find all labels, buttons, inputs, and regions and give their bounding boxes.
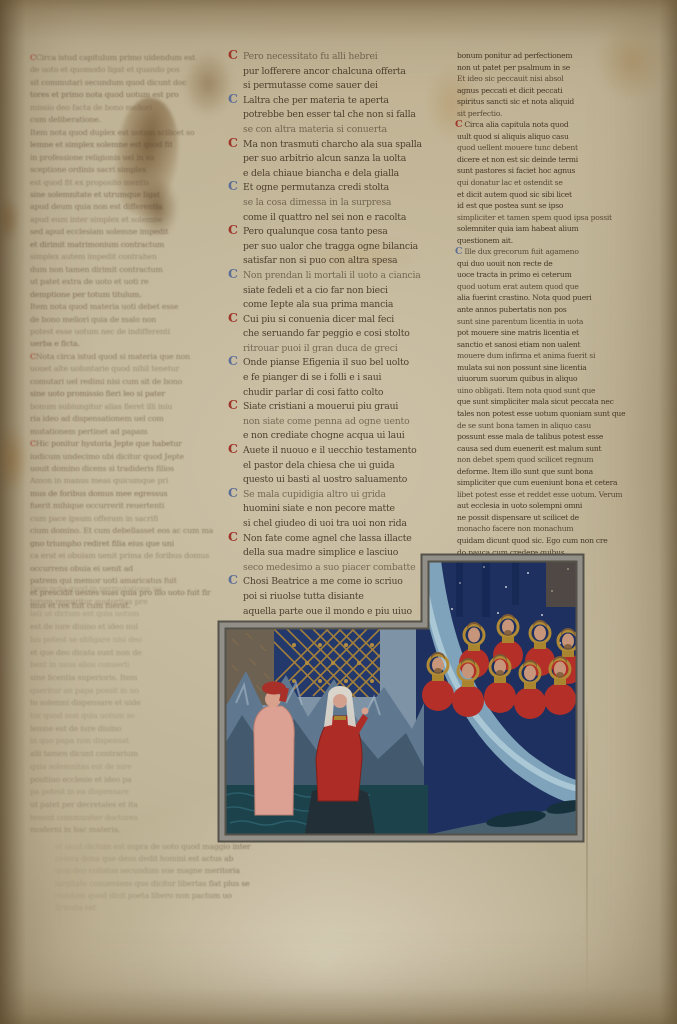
commentary-text: quod uellent mouere tunc debent [457, 143, 578, 152]
commentary-text: qui duo uouit non recte de [457, 259, 553, 268]
commentary-text: lemne et simplex solemne est quod fit [30, 140, 173, 149]
commentary-text: deforme. Item illo sunt que sunt bona [457, 467, 593, 476]
commentary-text: quia solemnitas est de iure [30, 762, 131, 771]
commentary-text: aut ecclesia in uoto solempni omni [457, 501, 582, 510]
commentary-line: quod uotum erat autem quod que [455, 281, 643, 293]
commentary-text: mouere dum infirma et anima fuerit si [457, 351, 595, 360]
commentary-line: uouit domino dicens si tradideris filios [30, 463, 218, 475]
commentary-text: positiuo ecclesie et ideo pa [30, 775, 132, 784]
commentary-line: ante annos pubertatis non pos [455, 304, 643, 316]
commentary-text: quod uotum erat autem quod que [457, 282, 579, 291]
commentary-text: cum pace ipsum offeram in sacrifi [30, 514, 158, 523]
commentary-text: simplex autem impedit contrahen [30, 252, 157, 261]
commentary-text: de se sunt bona tamen in aliquo casu [457, 421, 591, 430]
verse-line: si permutasse come sauer dei [230, 79, 450, 94]
verse-line: chudir parlar di cosi fatto colto [230, 386, 450, 401]
verse-line: huomini siate e non pecore matte [230, 502, 450, 517]
verse-line: CAuete il nuouo e il uecchio testamento [230, 444, 450, 459]
verse-line: CMa non trasmuti charcho ala sua spalla [230, 138, 450, 153]
commentary-line: torum requiritur auctoritas pre [30, 596, 218, 609]
commentary-text: sine licentia superioris. Item [30, 673, 137, 682]
commentary-line: alia fuerint crastino. Nota quod pueri [455, 292, 643, 304]
commentary-line: deforme. Item illo sunt que sunt bona [455, 466, 643, 478]
commentary-text: torum requiritur auctoritas pre [30, 597, 147, 606]
commentary-text: id est que postea sunt se ipso [457, 201, 563, 210]
parchment-crease [586, 700, 588, 1000]
verse-text: si permutasse come sauer dei [243, 80, 378, 91]
commentary-text: cundum quod dicit poeta libero non pactu… [55, 891, 232, 900]
verse-text: Cui piu si conuenia dicer mal feci [243, 314, 394, 325]
verse-line: CNon fate come agnel che lassa illacte [230, 532, 450, 547]
capitulum-mark: C [228, 223, 238, 238]
commentary-text: et sicut dictum est supra de uoto quod m… [55, 842, 250, 851]
verse-line: e dela chiaue biancha e dela gialla [230, 167, 450, 182]
commentary-text: uino obligati. Item nota quod sunt que [457, 386, 595, 395]
commentary-line: est de iure diuino et ideo nul [30, 621, 218, 634]
commentary-line: Et ideo sic peccauit nisi absol [455, 73, 643, 85]
commentary-line: aut ecclesia in uoto solempni omni [455, 500, 643, 512]
commentary-text: sanctio et sanosi etiam non ualent [457, 340, 580, 349]
commentary-line: mulata sui non possunt sine licentia [455, 362, 643, 374]
commentary-text: sit commutari secundum quod dicunt doc [30, 78, 187, 87]
commentary-text: iudicum undecimo ubi dicitur quod Jepte [30, 452, 184, 461]
commentary-text: Amon in manus meas quicumque pri [30, 476, 168, 485]
commentary-text: tenent communiter doctores [30, 813, 137, 822]
commentary-text: moderni in hac materia. [30, 825, 120, 834]
verse-text: Ma non trasmuti charcho ala sua spalla [243, 139, 422, 150]
commentary-line: uerba e ficta. [30, 338, 218, 350]
commentary-text: est de iure diuino et ideo nul [30, 622, 138, 631]
commentary-text: que sunt simpliciter mala sicut peccata … [457, 397, 614, 406]
verse-text: se la cosa dimessa in la surpresa [243, 197, 391, 208]
commentary-text: lus potest se obligare nisi deo [30, 635, 142, 644]
commentary-line: lemne est de iure diuino [30, 723, 218, 736]
commentary-text: Hic ponitur hystoria Jepte que habetur [36, 439, 182, 448]
commentary-text: in professione religionis uel in su [30, 153, 154, 162]
commentary-text: uouit domino dicens si tradideris filios [30, 464, 174, 473]
commentary-line: causa sed dum euenerit est malum sunt [455, 443, 643, 455]
verse-text: che seruando far peggio e cosi stolto [243, 328, 410, 339]
commentary-text: bonum ponitur ad perfectionem [457, 51, 572, 60]
verse-line: che seruando far peggio e cosi stolto [230, 327, 450, 342]
verse-line: se la cosa dimessa in la surpresa [230, 196, 450, 211]
verse-line: come il quattro nel sei non e racolta [230, 211, 450, 226]
verse-text: ritrouar puoi il gran duca de greci [243, 343, 398, 354]
verse-text: e fe pianger di se i folli e i saui [243, 372, 381, 383]
commentary-text: Item nota quod materia uoti debet esse [30, 302, 178, 311]
verse-text: chudir parlar di cosi fatto colto [243, 387, 383, 398]
commentary-line: libet potest esse et reddet esse uotum. … [455, 489, 643, 501]
commentary-line: est quod fit ex proposito mentis [30, 177, 218, 189]
commentary-line: solemniter quia iam habeat alium [455, 223, 643, 235]
commentary-text: uerba e ficta. [30, 339, 80, 348]
commentary-line: positiuo ecclesie et ideo pa [30, 774, 218, 787]
commentary-line: Item nota quod materia uoti debet esse [30, 301, 218, 313]
commentary-line: dicere et non est sic deinde termi [455, 154, 643, 166]
verse-line: per suo arbitrio alcun sanza la uolta [230, 152, 450, 167]
commentary-text: mulata sui non possunt sine licentia [457, 363, 587, 372]
commentary-line: possunt esse mala de talibus potest esse [455, 431, 643, 443]
commentary-text: mutationem pertinet ad papam [30, 427, 147, 436]
commentary-text: cium domino. Et cum debellasset eos ac c… [30, 526, 213, 535]
verse-text: potrebbe ben esser tal che non si falla [243, 109, 416, 120]
commentary-text: est quod fit ex proposito mentis [30, 178, 149, 187]
commentary-text: queritur an papa possit in uo [30, 686, 139, 695]
commentary-line: in professione religionis uel in su [30, 152, 218, 164]
commentary-text: qui donatur lac et ostendit se [457, 178, 563, 187]
commentary-text: simpliciter et tamen spem quod ipsa poss… [457, 213, 612, 222]
commentary-line: que sunt simpliciter mala sicut peccata … [455, 396, 643, 408]
commentary-text: non ut patet per psalmum in se [457, 63, 570, 72]
capitulum-mark: C [228, 267, 238, 282]
commentary-line: Item nota quod in permutatione uo [30, 583, 218, 596]
verse-line: CNon prendan li mortali il uoto a cianci… [230, 269, 450, 284]
commentary-line: CHic ponitur hystoria Jepte que habetur [30, 438, 218, 450]
commentary-line: apud eum inter simplex et solemne [30, 214, 218, 226]
commentary-line: moderni in hac materia. [30, 824, 218, 837]
commentary-line: quia solemnitas est de iure [30, 761, 218, 774]
beatrice-face [333, 694, 347, 708]
commentary-line: et dirimit matrimonium contractum [30, 239, 218, 251]
commentary-text: Circa alia capitula nota quod [464, 120, 568, 129]
left-commentary-lower-column: Item nota quod in permutatione uotorum r… [30, 583, 218, 837]
commentary-line: lus potest se obligare nisi deo [30, 634, 218, 647]
commentary-text: de bono meliori quia de malo non [30, 315, 156, 324]
commentary-line: id est que postea sunt se ipso [455, 200, 643, 212]
commentary-text: monacho facere non monachum [457, 524, 573, 533]
parchment-stain [0, 196, 20, 242]
commentary-line: simpliciter et tamen spem quod ipsa poss… [455, 212, 643, 224]
commentary-line: non debet spem quod scilicet regnum [455, 454, 643, 466]
commentary-line: agnus peccati et dicit peccati [455, 85, 643, 97]
verse-line: non siate come penna ad ogne uento [230, 415, 450, 430]
commentary-line: ca erat ei obuiam uenit prima de foribus… [30, 550, 218, 562]
commentary-line: apud deum quia non est differentia [30, 201, 218, 213]
commentary-text: pot mouere sine matris licentia et [457, 328, 579, 337]
commentary-text: uult quod si aliquis aliquo casu [457, 132, 569, 141]
verse-text: pur lofferere ancor chalcuna offerta [243, 66, 406, 77]
commentary-text: comutari uel redimi nisi cum sit de bono [30, 377, 182, 386]
commentary-line: sit commutari secundum quod dicunt doc [30, 77, 218, 89]
commentary-line: Item nota quod duplex est uotum scilicet… [30, 127, 218, 139]
commentary-line: CCirca istud capitulum primo uidendum es… [30, 52, 218, 64]
manuscript-page: CCirca istud capitulum primo uidendum es… [0, 0, 677, 1024]
commentary-text: sine uoto promissio fieri leo si pater [30, 389, 165, 398]
left-commentary-column: CCirca istud capitulum primo uidendum es… [30, 52, 218, 612]
commentary-line: sunt sine parentum licentia in uota [455, 316, 643, 328]
verse-text: siate fedeli et a cio far non bieci [243, 285, 388, 296]
commentary-line: bonum subiungitur alias fieret illi iniu [30, 401, 218, 413]
verse-line: come Iepte ala sua prima mancia [230, 298, 450, 313]
commentary-line: cundum quod dicit poeta libero non pactu… [55, 890, 381, 902]
verse-text: Onde pianse Efigenia il suo bel uolto [243, 357, 409, 368]
commentary-text: Ille dux grecorum fuit agameno [464, 247, 578, 256]
commentary-line: ut patet extra de uoto et uoti re [30, 276, 218, 288]
capitulum-mark: C [228, 442, 238, 457]
verse-text: Laltra che per materia te aperta [243, 95, 389, 106]
verse-line: siate fedeli et a cio far non bieci [230, 284, 450, 299]
commentary-line: pa potest in ea dispensare [30, 786, 218, 799]
verse-line: CSiate cristiani a mouerui piu graui [230, 400, 450, 415]
verse-line: e non crediate chogne acqua ui laui [230, 429, 450, 444]
verse-text: Se mala cupidigia altro ui grida [243, 489, 386, 500]
commentary-line: comutari uel redimi nisi cum sit de bono [30, 376, 218, 388]
commentary-line: dum non tamen dirimit contractum [30, 264, 218, 276]
commentary-text: tales non potest esse uotum quoniam sunt… [457, 409, 625, 418]
verse-text: si chel giudeo di uoi tra uoi non rida [243, 518, 407, 529]
commentary-text: quidam dicunt quod sic. Ego cum non cre [457, 536, 608, 545]
commentary-text: Et ideo sic peccauit nisi absol [457, 74, 564, 83]
bottom-commentary-block: et sicut dictum est supra de uoto quod m… [55, 841, 381, 914]
commentary-text: gno triumpho rediret filia eius que uni [30, 539, 174, 548]
commentary-text: sed apud ecclesiam solemne impedit [30, 227, 168, 236]
capitulum-mark: C [228, 486, 238, 501]
commentary-line: sine solemnitate et utrumque ligat [30, 189, 218, 201]
commentary-line: pot mouere sine matris licentia et [455, 327, 643, 339]
commentary-line: tenent communiter doctores [30, 812, 218, 825]
commentary-line: et dicit autem quod sic sibi licet [455, 189, 643, 201]
commentary-text: et dicit autem quod sic sibi licet [457, 190, 572, 199]
verse-text: Et ogne permutanza credi stolta [243, 182, 389, 193]
commentary-text: lati ut dictum est quia uotum [30, 609, 139, 618]
commentary-text: demptione per totum titulum. [30, 290, 142, 299]
commentary-text: apud deum quia non est differentia [30, 202, 162, 211]
commentary-line: qui donatur lac et ostendit se [455, 177, 643, 189]
commentary-line: tales non potest esse uotum quoniam sunt… [455, 408, 643, 420]
commentary-text: ne possit dispensare ut scilicet de [457, 513, 579, 522]
verse-line: CPero qualunque cosa tanto pesa [230, 225, 450, 240]
commentary-line: fuerit mihique occurrerit reuertenti [30, 500, 218, 512]
verse-text: per suo arbitrio alcun sanza la uolta [243, 153, 406, 164]
commentary-line: sanctio et sanosi etiam non ualent [455, 339, 643, 351]
commentary-line: largitate conueniens que dicitur liberta… [55, 878, 381, 890]
commentary-line: uino obligati. Item nota quod sunt que [455, 385, 643, 397]
commentary-text: ria ideo ad dispensationem uel com [30, 414, 164, 423]
verse-text: come Iepte ala sua prima mancia [243, 299, 393, 310]
commentary-line: to solemni dispensare et uide [30, 697, 218, 710]
commentary-text: apud eum inter simplex et solemne [30, 215, 162, 224]
commentary-line: ut patet per decretales et ita [30, 799, 218, 812]
commentary-text: missio deo facta de bono meliori [30, 103, 152, 112]
commentary-line: cium domino. Et cum debellasset eos ac c… [30, 525, 218, 537]
commentary-text: Item nota quod in permutatione uo [30, 584, 162, 593]
verse-text: Siate cristiani a mouerui piu graui [243, 401, 398, 412]
commentary-line: sine licentia superioris. Item [30, 672, 218, 685]
parchment-stain [0, 424, 28, 494]
commentary-line: de uoto et quomodo ligat et quando pos [30, 64, 218, 76]
verse-line: CCui piu si conuenia dicer mal feci [230, 313, 450, 328]
commentary-text: cetera dona que deus dedit homini est ac… [55, 854, 233, 863]
commentary-text: occurrens obuia ei uenit ad [30, 564, 133, 573]
commentary-line: iudicum undecimo ubi dicitur quod Jepte [30, 451, 218, 463]
verse-text: el pastor dela chiesa che ui guida [243, 460, 394, 471]
commentary-text: dicere et non est sic deinde termi [457, 155, 578, 164]
commentary-text: agnus peccati et dicit peccati [457, 86, 563, 95]
commentary-text: firmata est [55, 903, 96, 912]
commentary-text: questionem ait. [457, 236, 513, 245]
commentary-line: CNota circa istud quod si materia que no… [30, 351, 218, 363]
commentary-text: et dirimit matrimonium contractum [30, 240, 164, 249]
commentary-line: quidam dicunt quod sic. Ego cum non cre [455, 535, 643, 547]
commentary-text: sunt sine parentum licentia in uota [457, 317, 583, 326]
verse-text: Pero qualunque cosa tanto pesa [243, 226, 388, 237]
commentary-text: bent in usus alios conuerti [30, 660, 129, 669]
commentary-text: possunt esse mala de talibus potest esse [457, 432, 603, 441]
commentary-text: ut patet per decretales et ita [30, 800, 138, 809]
verse-text: huomini siate e non pecore matte [243, 503, 395, 514]
commentary-line: quod uellent mouere tunc debent [455, 142, 643, 154]
commentary-line: uiuorum suorum quibus in aliquo [455, 373, 643, 385]
commentary-text: potest esse uotum nec de indifferenti [30, 327, 170, 336]
commentary-line: gno triumpho rediret filia eius que uni [30, 538, 218, 550]
commentary-text: uouet alte uoluntarie quod nihil tenetur [30, 364, 179, 373]
commentary-line: missio deo facta de bono meliori [30, 102, 218, 114]
commentary-line: CIlle dux grecorum fuit agameno [455, 246, 643, 258]
capitulum-mark: C [455, 119, 462, 130]
commentary-text: libet potest esse et reddet esse uotum. … [457, 490, 622, 499]
commentary-line: alii tamen dicunt contrarium [30, 748, 218, 761]
commentary-line: lati ut dictum est quia uotum [30, 608, 218, 621]
commentary-text: cum deliberatione. [30, 115, 101, 124]
commentary-line: mouere dum infirma et anima fuerit si [455, 350, 643, 362]
capitulum-mark: C [228, 179, 238, 194]
commentary-text: Nota circa istud quod si materia que non [36, 352, 190, 361]
commentary-line: tores et primo nota quod uotum est pro [30, 89, 218, 101]
capitulum-mark: C [228, 92, 238, 107]
commentary-line: lemne et simplex solemne est quod fit [30, 139, 218, 151]
commentary-line: bonum ponitur ad perfectionem [455, 50, 643, 62]
beatrice-hand [362, 708, 369, 715]
dante-robe [254, 706, 294, 815]
verse-line: el pastor dela chiesa che ui guida [230, 459, 450, 474]
commentary-line: potest esse uotum nec de indifferenti [30, 326, 218, 338]
capitulum-mark: C [228, 530, 238, 545]
commentary-text: dum non tamen dirimit contractum [30, 265, 163, 274]
commentary-line: et que deo dicata sunt non de [30, 647, 218, 660]
commentary-text: tur quod non quia uotum so [30, 711, 135, 720]
commentary-text: ante annos pubertatis non pos [457, 305, 567, 314]
commentary-line: uult quod si aliquis aliquo casu [455, 131, 643, 143]
commentary-line: ne possit dispensare ut scilicet de [455, 512, 643, 524]
capitulum-mark: C [455, 246, 462, 257]
verse-line: pur lofferere ancor chalcuna offerta [230, 65, 450, 80]
verse-text: Auete il nuouo e il uecchio testamento [243, 445, 417, 456]
commentary-line: Amon in manus meas quicumque pri [30, 475, 218, 487]
commentary-text: Item nota quod duplex est uotum scilicet… [30, 128, 194, 137]
commentary-line: simplex autem impedit contrahen [30, 251, 218, 263]
commentary-text: uoce tracta in primo ei ceterum [457, 270, 572, 279]
commentary-line: sit perfectio. [455, 108, 643, 120]
verse-line: COnde pianse Efigenia il suo bel uolto [230, 356, 450, 371]
verse-text: questo ui basti al uostro saluamento [243, 474, 407, 485]
commentary-line: in quo papa non dispensat [30, 735, 218, 748]
commentary-line: firmata est [55, 902, 381, 914]
verse-text: Non prendan li mortali il uoto a ciancia [243, 270, 421, 281]
commentary-text: et que deo dicata sunt non de [30, 648, 142, 657]
commentary-text: to solemni dispensare et uide [30, 698, 141, 707]
verse-line: satisfar non si puo con altra spesa [230, 254, 450, 269]
commentary-text: tores et primo nota quod uotum est pro [30, 90, 179, 99]
commentary-line: cum pace ipsum offeram in sacrifi [30, 513, 218, 525]
verse-text: come il quattro nel sei non e racolta [243, 212, 406, 223]
commentary-line: demptione per totum titulum. [30, 289, 218, 301]
commentary-text: sunt pastores si faciet hoc agnus [457, 166, 575, 175]
commentary-line: occurrens obuia ei uenit ad [30, 563, 218, 575]
commentary-text: simpliciter que cum eueniunt bona et cet… [457, 478, 617, 487]
commentary-text: sit perfectio. [457, 109, 502, 118]
verse-line: per suo ualor che tragga ogne bilancia [230, 240, 450, 255]
commentary-text: uiuorum suorum quibus in aliquo [457, 374, 577, 383]
verse-text: satisfar non si puo con altra spesa [243, 255, 397, 266]
verse-text: e dela chiaue biancha e dela gialla [243, 168, 399, 179]
commentary-line: cetera dona que deus dedit homini est ac… [55, 853, 381, 865]
commentary-line: CCirca alia capitula nota quod [455, 119, 643, 131]
capitulum-mark: C [228, 48, 238, 63]
verse-text: non siate come penna ad ogne uento [243, 416, 409, 427]
commentary-line: ipso deo collatus secundum sue magne mer… [55, 865, 381, 877]
commentary-line: ria ideo ad dispensationem uel com [30, 413, 218, 425]
verse-text: per suo ualor che tragga ogne bilancia [243, 241, 418, 252]
commentary-line: sed apud ecclesiam solemne impedit [30, 226, 218, 238]
commentary-text: sine solemnitate et utrumque ligat [30, 190, 160, 199]
capitulum-mark: C [228, 136, 238, 151]
commentary-text: in quo papa non dispensat [30, 736, 129, 745]
commentary-text: ipso deo collatus secundum sue magne mer… [55, 866, 240, 875]
commentary-line: questionem ait. [455, 235, 643, 247]
capitulum-mark: C [228, 354, 238, 369]
verse-line: e fe pianger di se i folli e i saui [230, 371, 450, 386]
commentary-line: de se sunt bona tamen in aliquo casu [455, 420, 643, 432]
verse-text: Non fate come agnel che lassa illacte [243, 533, 412, 544]
verse-column: CPero necessitato fu alli hebreipur loff… [230, 50, 450, 619]
commentary-line: cum deliberatione. [30, 114, 218, 126]
commentary-line: queritur an papa possit in uo [30, 685, 218, 698]
commentary-line: sunt pastores si faciet hoc agnus [455, 165, 643, 177]
commentary-text: mus de foribus domus mee egressus [30, 489, 167, 498]
commentary-text: non debet spem quod scilicet regnum [457, 455, 593, 464]
capitulum-mark: C [228, 398, 238, 413]
commentary-line: qui duo uouit non recte de [455, 258, 643, 270]
commentary-line: non ut patet per psalmum in se [455, 62, 643, 74]
commentary-text: Circa istud capitulum primo uidendum est [36, 53, 195, 62]
commentary-text: ut patet extra de uoto et uoti re [30, 277, 149, 286]
verse-line: CLaltra che per materia te aperta [230, 94, 450, 109]
commentary-line: sine uoto promissio fieri leo si pater [30, 388, 218, 400]
verse-line: potrebbe ben esser tal che non si falla [230, 108, 450, 123]
commentary-text: alia fuerint crastino. Nota quod pueri [457, 293, 592, 302]
verse-line: CPero necessitato fu alli hebrei [230, 50, 450, 65]
commentary-line: uoce tracta in primo ei ceterum [455, 269, 643, 281]
commentary-text: spiritus sancti sic et nota aliquid [457, 97, 574, 106]
commentary-line: bent in usus alios conuerti [30, 659, 218, 672]
verse-line: ritrouar puoi il gran duca de greci [230, 342, 450, 357]
commentary-text: de uoto et quomodo ligat et quando pos [30, 65, 180, 74]
capitulum-mark: C [228, 311, 238, 326]
commentary-line: uouet alte uoluntarie quod nihil tenetur [30, 363, 218, 375]
commentary-line: monacho facere non monachum [455, 523, 643, 535]
commentary-text: alii tamen dicunt contrarium [30, 749, 138, 758]
verse-text: se con altra materia si conuerta [243, 124, 387, 135]
commentary-text: solemniter quia iam habeat alium [457, 224, 578, 233]
verse-line: se con altra materia si conuerta [230, 123, 450, 138]
commentary-text: ca erat ei obuiam uenit prima de foribus… [30, 551, 209, 560]
commentary-text: bonum subiungitur alias fieret illi iniu [30, 402, 172, 411]
commentary-text: fuerit mihique occurrerit reuertenti [30, 501, 164, 510]
commentary-text: lemne est de iure diuino [30, 724, 121, 733]
verse-line: questo ui basti al uostro saluamento [230, 473, 450, 488]
commentary-line: simpliciter que cum eueniunt bona et cet… [455, 477, 643, 489]
commentary-text: largitate conueniens que dicitur liberta… [55, 879, 250, 888]
